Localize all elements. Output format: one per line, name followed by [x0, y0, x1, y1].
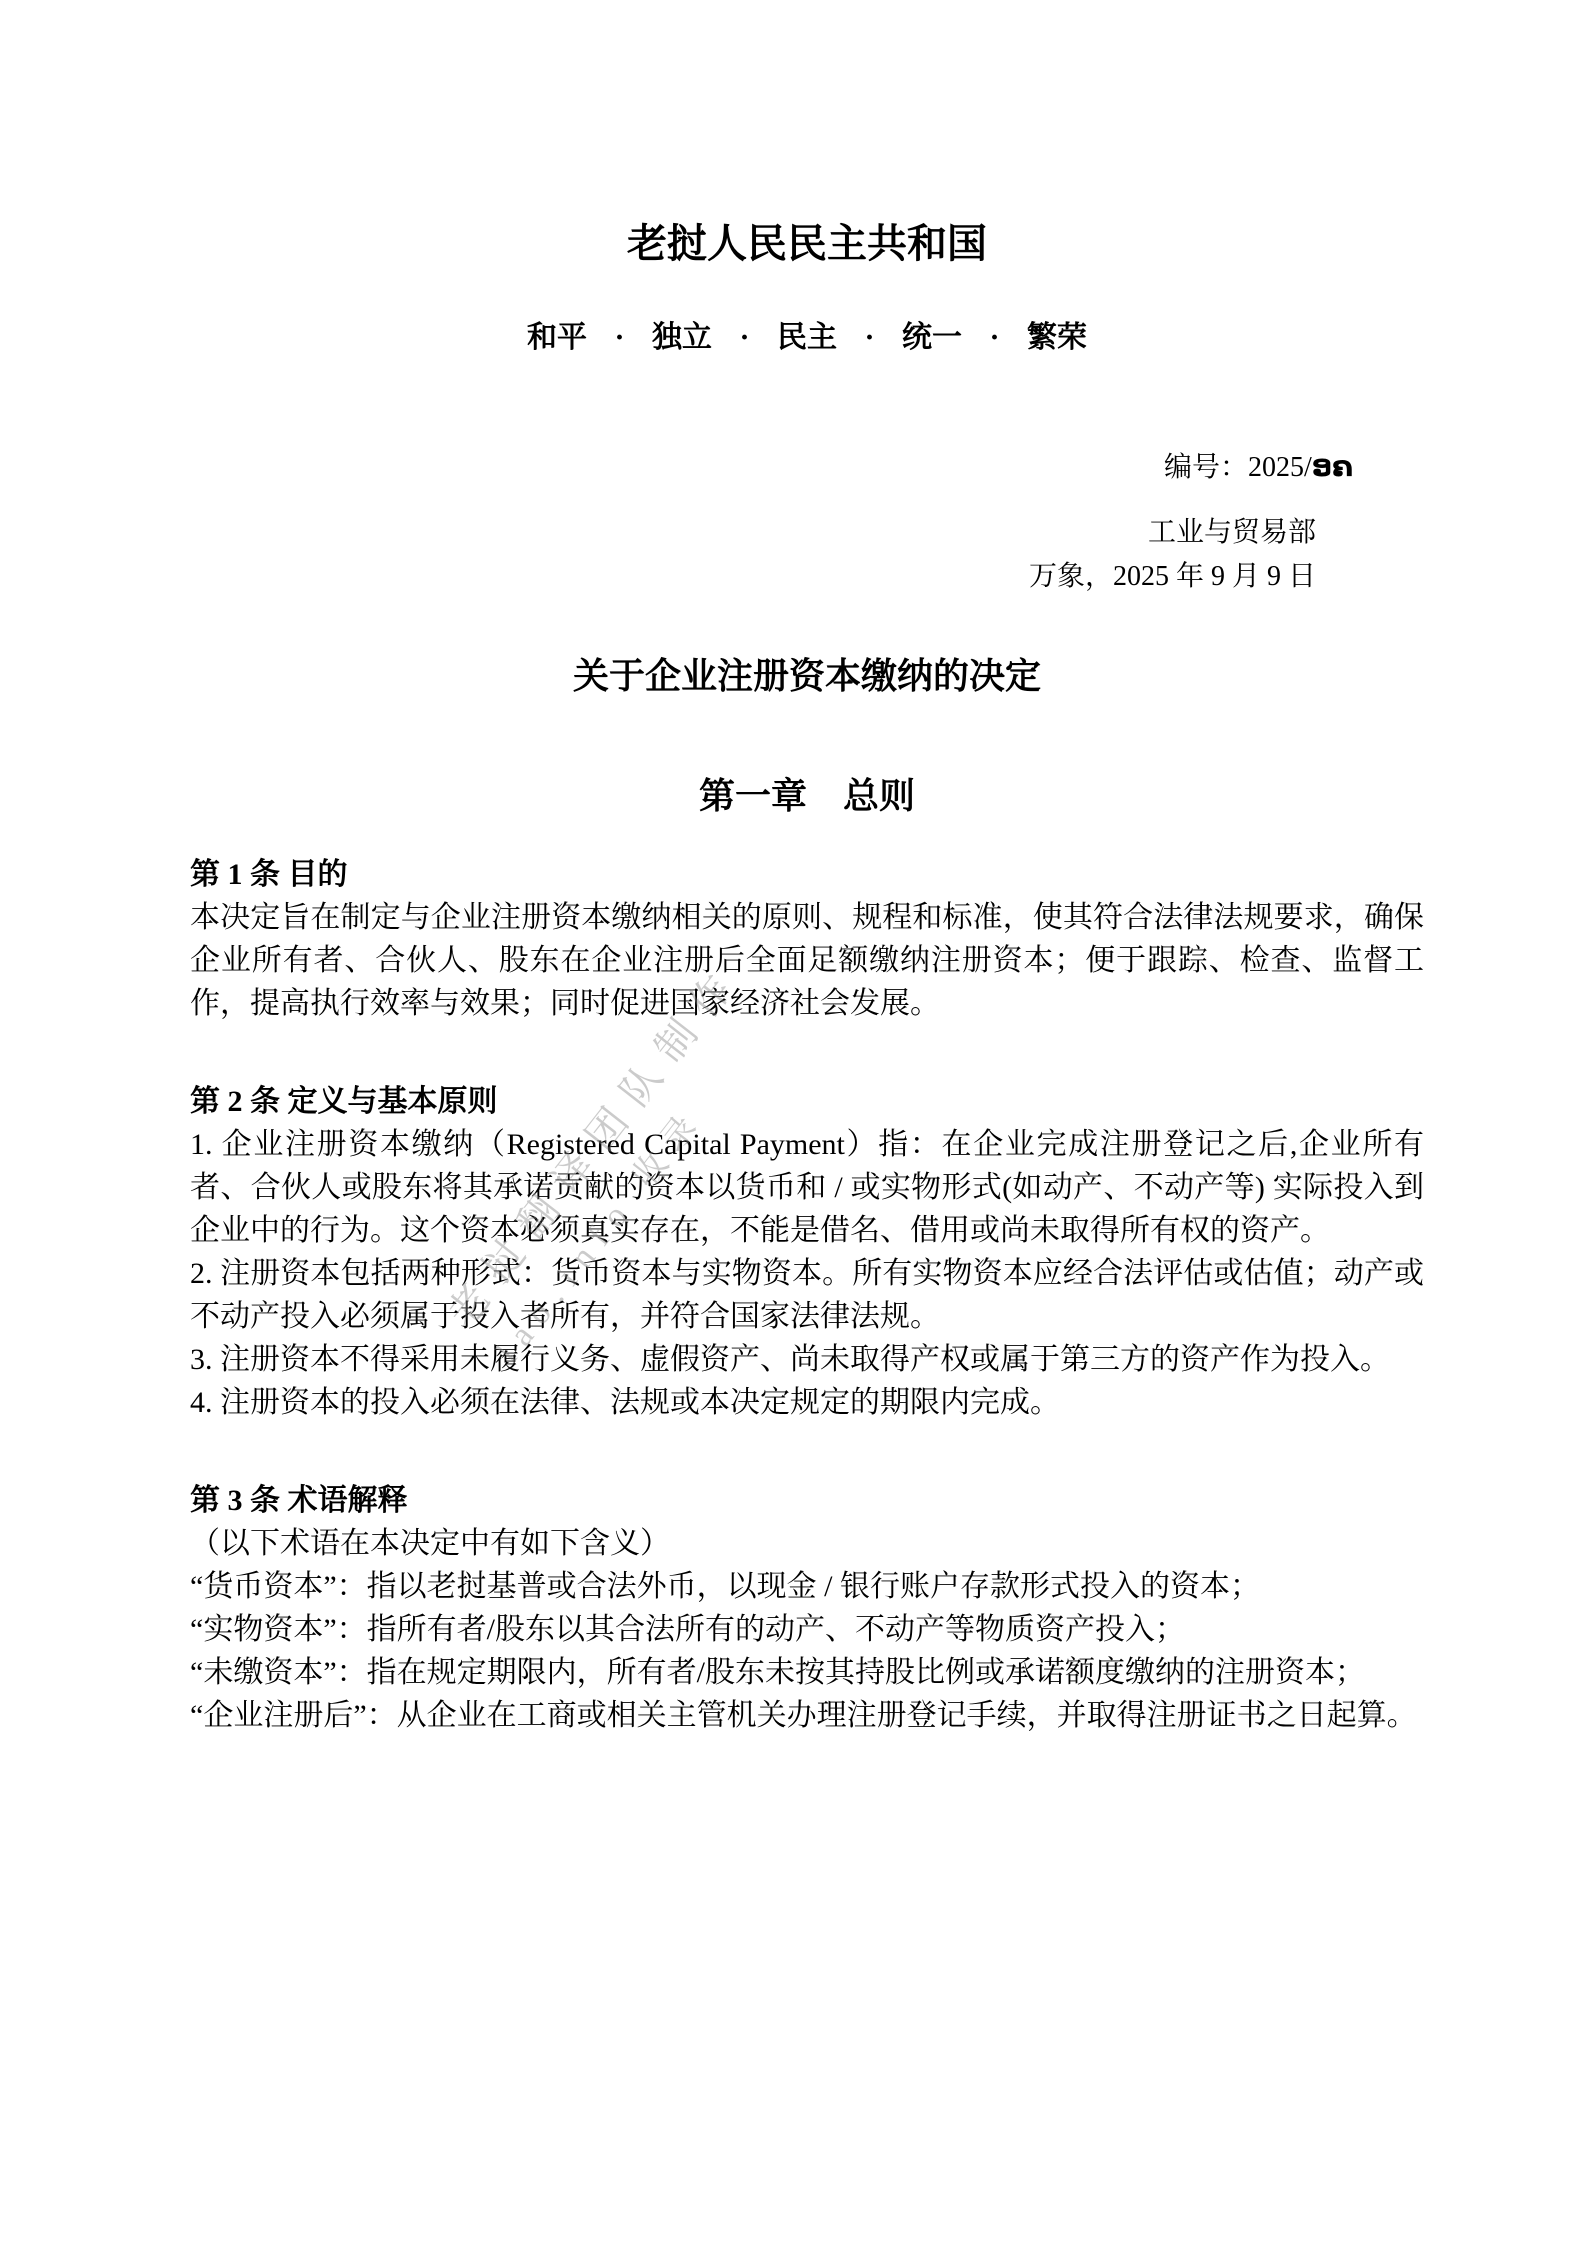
article-2: 第 2 条 定义与基本原则 1. 企业注册资本缴纳（Registered Cap… — [190, 1080, 1424, 1424]
chapter-heading: 第一章 总则 — [190, 777, 1424, 815]
article-3-intro: （以下术语在本决定中有如下含义） — [190, 1522, 1424, 1565]
reference-number-label: 编号：2025/ — [1164, 452, 1312, 483]
article-1-paragraph: 本决定旨在制定与企业注册资本缴纳相关的原则、规程和标准，使其符合法律法规要求，确… — [190, 896, 1424, 1025]
place-and-date: 万象，2025 年 9 月 9 日 — [190, 555, 1353, 599]
document-meta: 编号：2025/ອຄ 工业与贸易部 万象，2025 年 9 月 9 日 — [190, 445, 1424, 599]
document-page: 老挝人民民主共和国 和平 · 独立 · 民主 · 统一 · 繁荣 编号：2025… — [0, 0, 1587, 2245]
article-3-definition-after-registration: “企业注册后”：从企业在工商或相关主管机关办理注册登记手续，并取得注册证书之日起… — [190, 1694, 1424, 1737]
article-2-item-3: 3. 注册资本不得采用未履行义务、虚假资产、尚未取得产权或属于第三方的资产作为投… — [190, 1338, 1424, 1381]
article-2-item-1: 1. 企业注册资本缴纳（Registered Capital Payment）指… — [190, 1123, 1424, 1252]
national-motto: 和平 · 独立 · 民主 · 统一 · 繁荣 — [190, 320, 1424, 356]
issuing-ministry: 工业与贸易部 — [190, 511, 1353, 555]
article-3-definition-monetary-capital: “货币资本”：指以老挝基普或合法外币，以现金 / 银行账户存款形式投入的资本； — [190, 1565, 1424, 1608]
article-1: 第 1 条 目的 本决定旨在制定与企业注册资本缴纳相关的原则、规程和标准，使其符… — [190, 853, 1424, 1025]
reference-number-lao-code: ອຄ — [1312, 450, 1353, 483]
article-3-definition-physical-capital: “实物资本”：指所有者/股东以其合法所有的动产、不动产等物质资产投入； — [190, 1608, 1424, 1651]
article-3-heading: 第 3 条 术语解释 — [190, 1479, 1424, 1522]
article-2-item-4: 4. 注册资本的投入必须在法律、法规或本决定规定的期限内完成。 — [190, 1381, 1424, 1424]
article-2-heading: 第 2 条 定义与基本原则 — [190, 1080, 1424, 1123]
country-title: 老挝人民民主共和国 — [190, 223, 1424, 265]
document-content: 老挝人民民主共和国 和平 · 独立 · 民主 · 统一 · 繁荣 编号：2025… — [0, 0, 1587, 1737]
article-1-heading: 第 1 条 目的 — [190, 853, 1424, 896]
article-3-definition-unpaid-capital: “未缴资本”：指在规定期限内，所有者/股东未按其持股比例或承诺额度缴纳的注册资本… — [190, 1651, 1424, 1694]
reference-number: 编号：2025/ອຄ — [190, 445, 1353, 490]
article-2-item-2: 2. 注册资本包括两种形式：货币资本与实物资本。所有实物资本应经合法评估或估值；… — [190, 1252, 1424, 1338]
article-3: 第 3 条 术语解释 （以下术语在本决定中有如下含义） “货币资本”：指以老挝基… — [190, 1479, 1424, 1737]
document-title: 关于企业注册资本缴纳的决定 — [190, 657, 1424, 695]
